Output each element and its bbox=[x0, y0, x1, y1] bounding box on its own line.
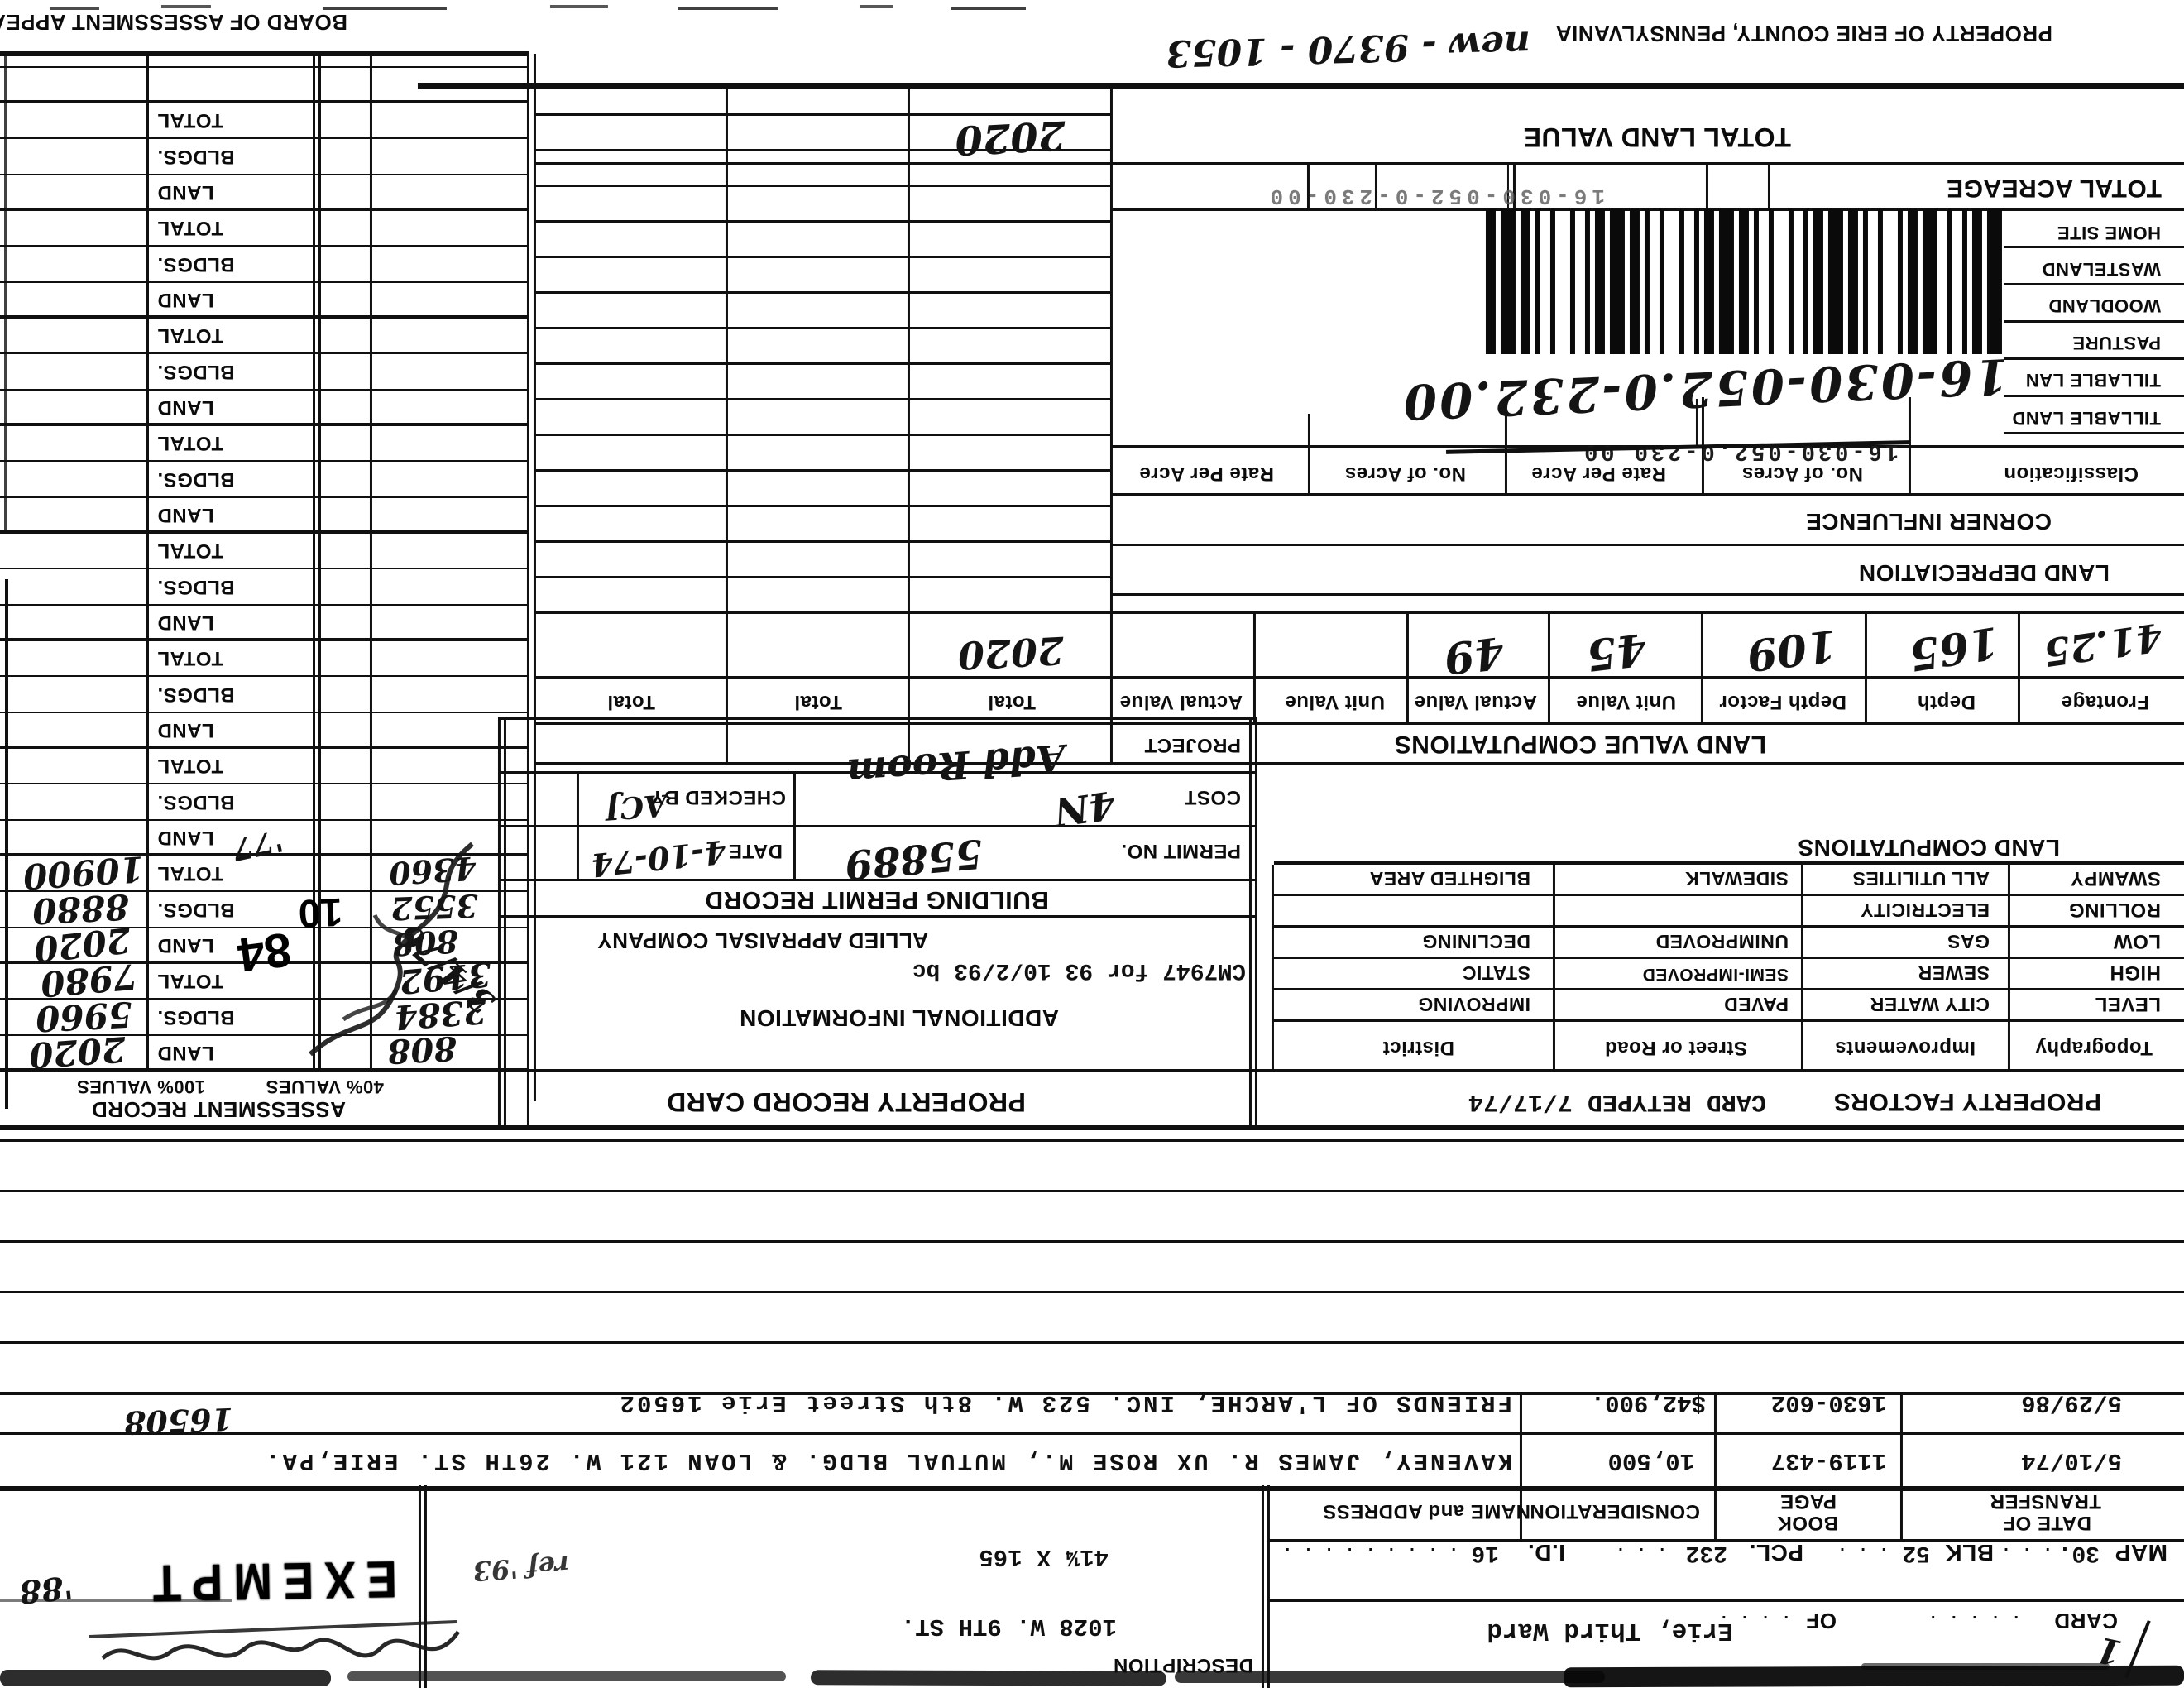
row-land: LAND bbox=[157, 396, 306, 419]
lvc-depth-value: 165 bbox=[1905, 616, 2002, 680]
pcl-label: PCL. bbox=[1749, 1539, 1803, 1566]
permit-no-label: PERMIT NO. bbox=[1121, 839, 1241, 862]
exempt-year-handwritten: '88 bbox=[17, 1569, 74, 1611]
permit-checked-label: CHECKED BY bbox=[650, 785, 786, 808]
additional-note: CM7947 for 93 10/2/93 bc bbox=[912, 957, 1246, 983]
col-date-of-transfer: DATE OF bbox=[2003, 1511, 2091, 1534]
row-bldgs: BLDGS. bbox=[157, 468, 306, 491]
row-land: LAND bbox=[157, 503, 306, 526]
row-total: TOTAL bbox=[157, 754, 306, 777]
transfer-consideration: $42,900. bbox=[1591, 1389, 1706, 1417]
lvc-total-value: 2020 bbox=[957, 628, 1066, 679]
of-label: OF bbox=[1806, 1608, 1837, 1633]
property-record-card-title: PROPERTY RECORD CARD bbox=[667, 1086, 1026, 1117]
leader-dots: . . . . . bbox=[1925, 1611, 2019, 1630]
factor-gas: GAS bbox=[1947, 930, 1990, 952]
factors-col-improvements: Improvements bbox=[1835, 1036, 1976, 1059]
col-page: PAGE bbox=[1780, 1489, 1837, 1513]
row-bldgs: BLDGS. bbox=[157, 683, 306, 706]
handwritten-scribble bbox=[294, 821, 591, 1069]
id-label: I.D. bbox=[1527, 1539, 1565, 1566]
signature-scribble bbox=[74, 1612, 463, 1683]
lvc-col-total3: Total bbox=[607, 690, 655, 713]
row-total: TOTAL bbox=[157, 216, 306, 239]
lvc-unit-value: 45 bbox=[1583, 623, 1649, 680]
leader-dots: . . . . . . . . . bbox=[1280, 1543, 1456, 1562]
row-bldgs: BLDGS. bbox=[157, 790, 306, 813]
factor-rolling: ROLLING bbox=[2069, 898, 2162, 921]
factor-low: LOW bbox=[2114, 929, 2161, 952]
row-bldgs: BLDGS. bbox=[157, 252, 306, 276]
class-col-no-acres: No. of Acres bbox=[1742, 462, 1863, 485]
row-bldgs: BLDGS. bbox=[157, 575, 306, 598]
building-permit-record-title: BUILDING PERMIT RECORD bbox=[705, 885, 1049, 914]
class-woodland: WOODLAND bbox=[2048, 295, 2161, 316]
lvc-col-actual-value: Actual Value bbox=[1414, 690, 1537, 713]
lvc-col-actual-value2: Actual Value bbox=[1119, 690, 1243, 713]
blk-value: 52 bbox=[1902, 1540, 1930, 1566]
permit-date-label: DATE bbox=[728, 839, 783, 862]
col-date-of-transfer2: TRANSFER bbox=[1990, 1489, 2101, 1513]
lvc-col-unit-value2: Unit Value bbox=[1285, 690, 1385, 713]
leader-dots: . . . bbox=[1612, 1543, 1664, 1562]
values-40-label: 40% VALUES bbox=[266, 1076, 384, 1097]
factor-high: HIGH bbox=[2110, 961, 2161, 984]
total-acreage-label: TOTAL ACREAGE bbox=[1947, 174, 2162, 202]
permit-cost-label: COST bbox=[1184, 785, 1241, 808]
row-bldgs: BLDGS. bbox=[157, 1005, 306, 1029]
col-book: BOOK bbox=[1777, 1511, 1838, 1534]
factor-sidewalk: SIDEWALK bbox=[1685, 867, 1789, 890]
row-total: TOTAL bbox=[157, 646, 306, 669]
factor-electricity: ELECTRICITY bbox=[1861, 899, 1990, 921]
class-home-site: HOME SITE bbox=[2057, 222, 2161, 243]
total-100: 10900 bbox=[22, 848, 145, 897]
factors-col-district: District bbox=[1382, 1036, 1454, 1059]
values-100-label: 100% VALUES bbox=[77, 1076, 205, 1097]
parcel-barcode bbox=[1370, 209, 2002, 354]
factor-swampy: SWAMPY bbox=[2070, 866, 2161, 890]
property-address: 1028 W. 9TH ST. bbox=[901, 1613, 1117, 1640]
additional-information-title: ADDITIONAL INFORMATION bbox=[740, 1005, 1059, 1031]
zip-correction-handwritten: 16508 bbox=[123, 1401, 234, 1442]
lvc-depth-factor-value: 109 bbox=[1744, 620, 1839, 681]
row-total: TOTAL bbox=[157, 539, 306, 562]
row-land: LAND bbox=[157, 288, 306, 311]
map-value: 30. bbox=[2058, 1540, 2100, 1566]
allied-appraisal-company: ALLIED APPRAISAL COMPANY bbox=[597, 928, 928, 953]
row-land: LAND bbox=[157, 1041, 306, 1064]
col-consideration: CONSIDERATION bbox=[1530, 1499, 1700, 1523]
permit-project-label: PROJECT bbox=[1144, 733, 1241, 756]
row-land: LAND bbox=[157, 180, 306, 204]
stamp-84: 84 bbox=[235, 921, 295, 982]
lvc-col-frontage: Frontage bbox=[2061, 690, 2149, 713]
lot-dimensions: 41¼ X 165 bbox=[979, 1543, 1109, 1571]
row-land: LAND bbox=[157, 718, 306, 741]
lvc-title: LAND VALUE COMPUTATIONS bbox=[1394, 730, 1766, 758]
class-col-rate: Rate Per Acre bbox=[1531, 462, 1666, 485]
class-wasteland: WASTELAND bbox=[2042, 258, 2161, 280]
transfer-name: FRIENDS OF L'ARCHE, INC. 523 W. 8th Stre… bbox=[618, 1389, 1512, 1417]
id-value: 16 bbox=[1471, 1540, 1499, 1566]
exempt-note-handwritten: ref '93 bbox=[472, 1549, 570, 1587]
scanned-property-record-card: 1 CARD . . . . . OF . . . . Erie, Third … bbox=[0, 0, 2184, 1688]
board-of-assessment-appeals: BOARD OF ASSESSMENT APPEALS bbox=[0, 9, 347, 35]
parcel-id-handwritten: 16-030-052.0-232.00 bbox=[1400, 348, 2009, 430]
factor-sewer: SEWER bbox=[1918, 961, 1990, 984]
transfer-book: 1630-602 bbox=[1771, 1389, 1886, 1417]
factor-static: STATIC bbox=[1462, 961, 1530, 984]
class-col-rate2: Rate Per Acre bbox=[1139, 462, 1274, 485]
permit-cost-value: 4N bbox=[1051, 782, 1118, 835]
card-retyped-note: CARD RETYPED 7/17/74 bbox=[1468, 1087, 1766, 1115]
property-factors-title: PROPERTY FACTORS bbox=[1833, 1087, 2101, 1115]
card-upside-down: 1 CARD . . . . . OF . . . . Erie, Third … bbox=[0, 0, 2184, 1688]
class-tillable-lan: TILLABLE LAN bbox=[2025, 369, 2161, 391]
corner-influence-label: CORNER INFLUENCE bbox=[1806, 508, 2052, 535]
class-col-no-acres2: No. of Acres bbox=[1345, 462, 1466, 485]
transfer-date: 5/29/86 bbox=[2021, 1389, 2122, 1417]
blk-label: BLK bbox=[1945, 1539, 1994, 1566]
transfer-consideration: 10,500 bbox=[1608, 1447, 1694, 1475]
land-computations-title: LAND COMPUTATIONS bbox=[1798, 834, 2060, 861]
factor-blighted-area: BLIGHTED AREA bbox=[1369, 867, 1530, 890]
card-label: CARD bbox=[2054, 1608, 2118, 1633]
factor-improving: IMPROVING bbox=[1418, 993, 1530, 1015]
transfer-date: 5/10/74 bbox=[2021, 1447, 2122, 1475]
row-land: LAND bbox=[157, 611, 306, 634]
transfer-book: 1119-437 bbox=[1771, 1447, 1886, 1475]
class-col-classification: Classification bbox=[2004, 462, 2138, 485]
permit-date-value: 4-10-74 bbox=[589, 833, 728, 885]
row-total: TOTAL bbox=[157, 108, 306, 132]
assessment-record-title: ASSESSMENT RECORD bbox=[91, 1096, 346, 1122]
pcl-value: 232 bbox=[1686, 1540, 1727, 1566]
lvc-col-unit-value: Unit Value bbox=[1576, 690, 1676, 713]
lvc-actual-value: 49 bbox=[1441, 626, 1506, 683]
factors-col-street: Street or Road bbox=[1605, 1036, 1747, 1059]
ward-value: Erie, Third Ward bbox=[1487, 1616, 1733, 1645]
lvc-col-total2: Total bbox=[794, 690, 842, 713]
exempt-stamp: EXEMPT bbox=[141, 1549, 397, 1614]
map-label: MAP bbox=[2115, 1539, 2167, 1566]
land-depreciation-label: LAND DEPRECIATION bbox=[1858, 559, 2110, 586]
factor-declining: DECLINING bbox=[1422, 930, 1530, 952]
footer-note-handwritten: new - 9370 - 1053 bbox=[1166, 22, 1531, 74]
factor-semi-improved: SEMI-IMPROVED bbox=[1642, 964, 1789, 984]
row-bldgs: BLDGS. bbox=[157, 360, 306, 383]
factor-unimproved: UNIMPROVED bbox=[1655, 930, 1789, 952]
row-total: TOTAL bbox=[157, 431, 306, 454]
factor-level: LEVEL bbox=[2095, 992, 2161, 1015]
lvc-col-total1: Total bbox=[988, 690, 1036, 713]
transfer-name: KAVENEY, JAMES R. UX ROSE M., MUTUAL BLD… bbox=[263, 1447, 1512, 1475]
lvc-col-depth: Depth bbox=[1918, 690, 1976, 713]
factors-col-topography: Topography bbox=[2035, 1036, 2153, 1059]
row-total: TOTAL bbox=[157, 324, 306, 347]
permit-project-value: Add Room bbox=[845, 736, 1066, 795]
lvc-col-depth-factor: Depth Factor bbox=[1719, 690, 1846, 713]
class-pasture: PASTURE bbox=[2072, 332, 2161, 353]
row-total: TOTAL bbox=[157, 861, 306, 885]
total-land-value-label: TOTAL LAND VALUE bbox=[1523, 122, 1791, 152]
class-tillable-land: TILLABLE LAND bbox=[2012, 407, 2161, 429]
leader-dots: . . . bbox=[1998, 1543, 2050, 1562]
leader-dots: . . . bbox=[1834, 1543, 1886, 1562]
property-of-erie-county: PROPERTY OF ERIE COUNTY, PENNSYLVANIA bbox=[1555, 21, 2052, 46]
factor-paved: PAVED bbox=[1724, 993, 1789, 1015]
total-land-value-amount: 2020 bbox=[954, 112, 1066, 164]
parcel-id-faint: 16-030-052-0-230-00 bbox=[1266, 184, 1605, 209]
col-name-address: NAME and ADDRESS bbox=[1323, 1499, 1530, 1523]
lvc-frontage-value: 41.25 bbox=[2041, 614, 2165, 675]
row-bldgs: BLDGS. bbox=[157, 898, 306, 921]
permit-checked-value: ACJ bbox=[605, 787, 668, 826]
factor-all-utilities: ALL UTILITIES bbox=[1852, 867, 1990, 890]
row-bldgs: BLDGS. bbox=[157, 145, 306, 168]
factor-city-water: CITY WATER bbox=[1870, 993, 1990, 1015]
description-label: DESCRIPTION bbox=[1113, 1653, 1253, 1676]
